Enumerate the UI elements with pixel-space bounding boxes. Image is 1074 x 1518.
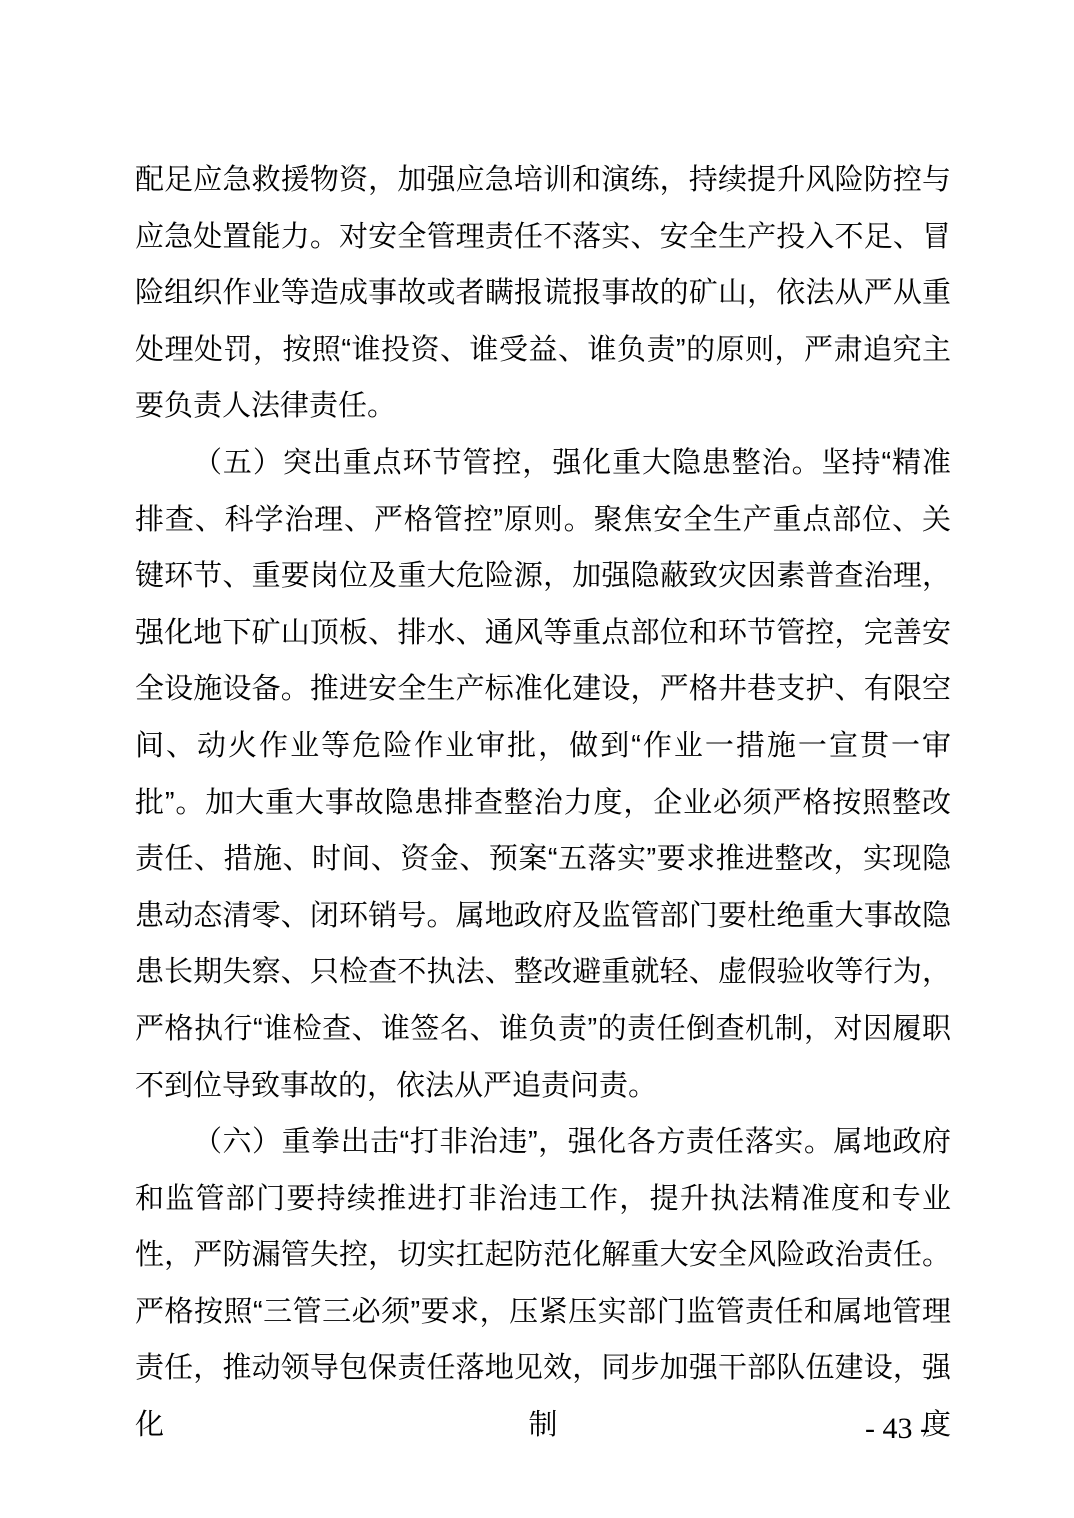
page-number: - 43 -: [865, 1412, 930, 1446]
document-page: 配足应急救援物资，加强应急培训和演练，持续提升风险防控与应急处置能力。对安全管理…: [0, 0, 1074, 1518]
document-body: 配足应急救援物资，加强应急培训和演练，持续提升风险防控与应急处置能力。对安全管理…: [135, 152, 951, 1454]
paragraph-1: 配足应急救援物资，加强应急培训和演练，持续提升风险防控与应急处置能力。对安全管理…: [135, 152, 951, 435]
paragraph-2: （五）突出重点环节管控，强化重大隐患整治。坚持“精准排查、科学治理、严格管控”原…: [135, 435, 951, 1114]
paragraph-3: （六）重拳出击“打非治违”，强化各方责任落实。属地政府和监管部门要持续推进打非治…: [135, 1114, 951, 1454]
